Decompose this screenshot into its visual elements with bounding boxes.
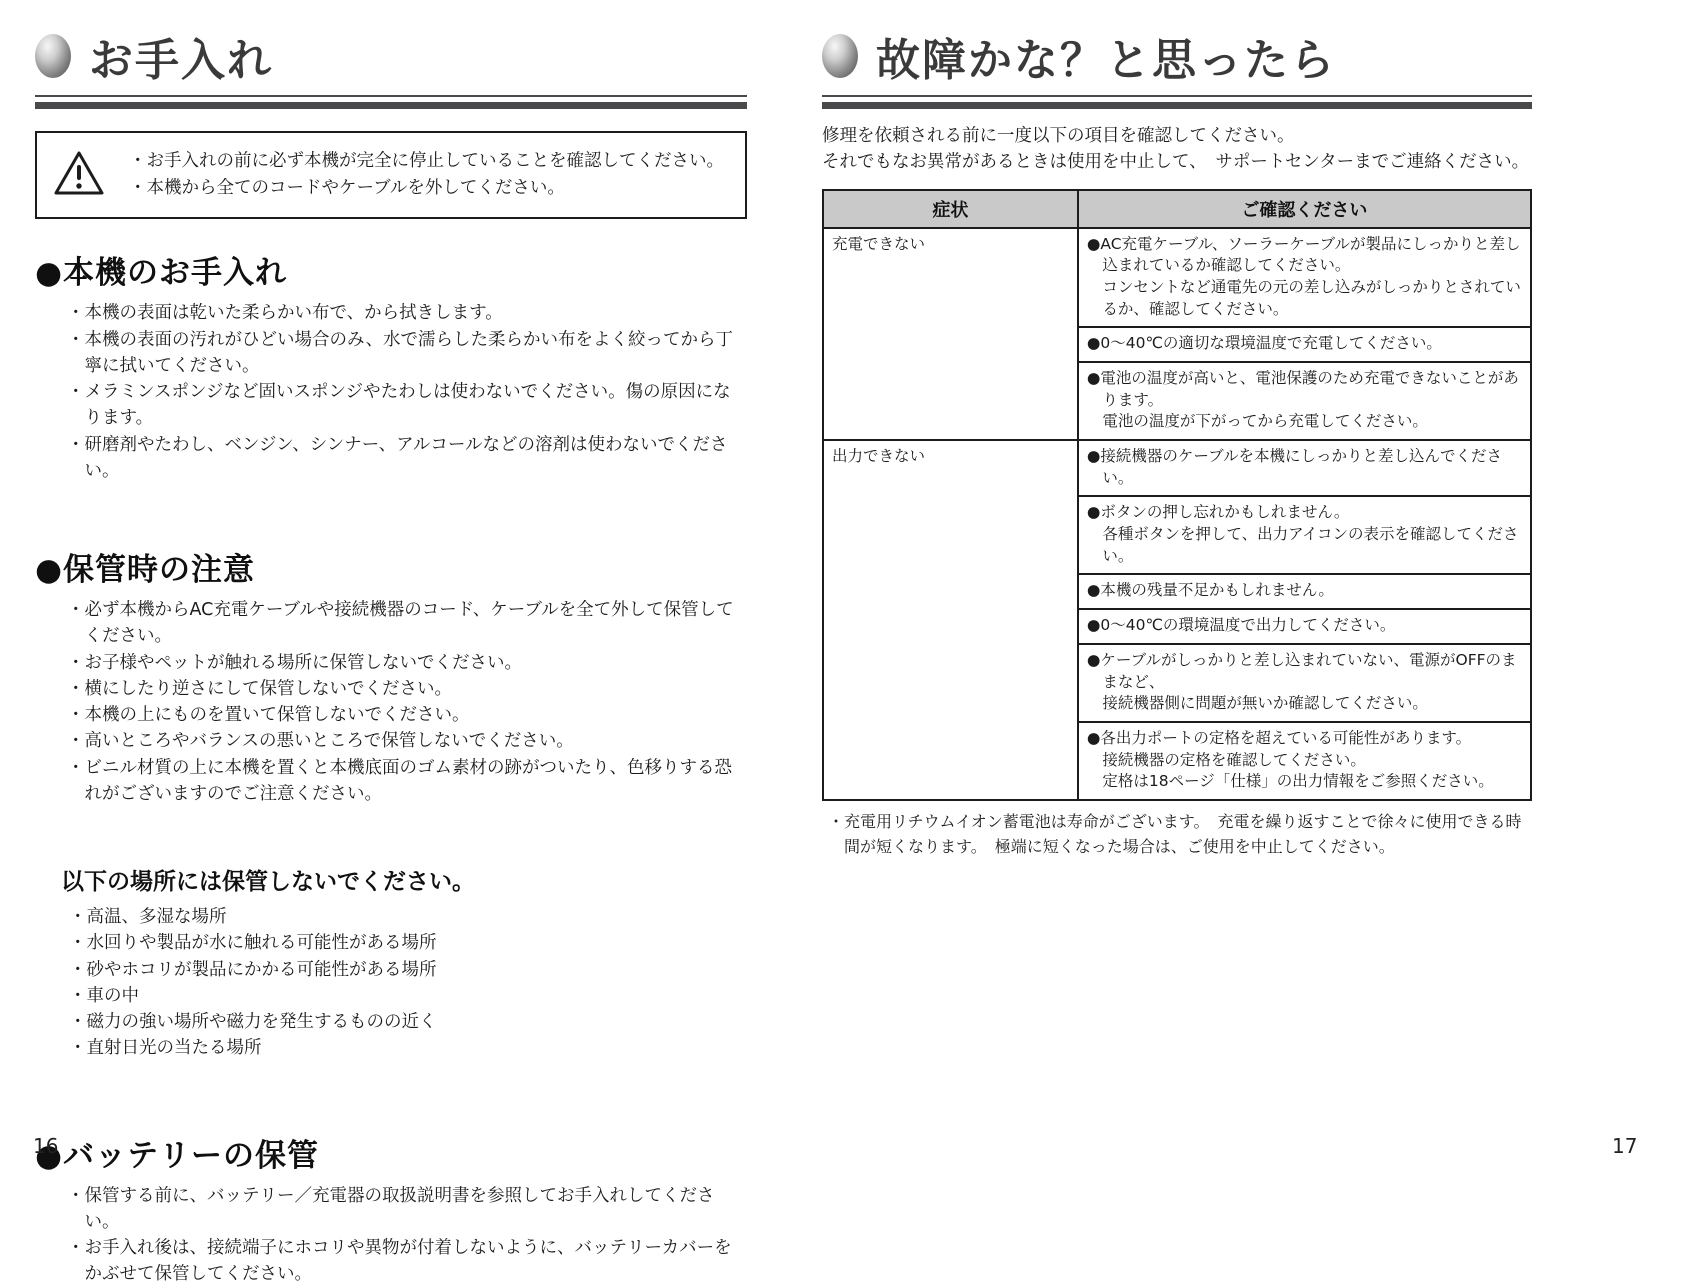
bullet-item: ・本機の上にものを置いて保管しないでください。 xyxy=(67,702,747,728)
title-divider xyxy=(35,95,747,109)
check-cell: ●接続機器のケーブルを本機にしっかりと差し込んでください。 xyxy=(1078,440,1531,496)
divider-thick-line xyxy=(822,102,1532,109)
troubleshooting-intro: 修理を依頼される前に一度以下の項目を確認してください。 それでもなお異常があると… xyxy=(822,123,1532,176)
bullet-item: ・お手入れ後は、接続端子にホコリや異物が付着しないように、バッテリーカバーをかぶ… xyxy=(67,1235,747,1288)
section-heading: ●バッテリーの保管 xyxy=(35,1130,747,1175)
check-text: ●ボタンの押し忘れかもしれません。 xyxy=(1087,502,1522,524)
check-cell: ●ボタンの押し忘れかもしれません。 各種ボタンを押して、出力アイコンの表示を確認… xyxy=(1078,496,1531,574)
bullet-item: ・水回りや製品が水に触れる可能性がある場所 xyxy=(69,930,747,956)
section-heading: ●本機のお手入れ xyxy=(35,247,747,292)
table-row: 出力できない ●接続機器のケーブルを本機にしっかりと差し込んでください。 xyxy=(823,440,1531,496)
section-battery-storage: ●バッテリーの保管 ・保管する前に、バッテリー／充電器の取扱説明書を参照してお手… xyxy=(35,1130,747,1288)
section-sphere-icon xyxy=(822,34,858,78)
divider-thin-line xyxy=(35,95,747,97)
check-cell: ●本機の残量不足かもしれません。 xyxy=(1078,574,1531,609)
warning-icon xyxy=(53,150,105,200)
bullet-item: ・本機の表面の汚れがひどい場合のみ、水で濡らした柔らかい布をよく絞ってから丁寧に… xyxy=(67,327,747,380)
bullet-item: ・ビニル材質の上に本機を置くと本機底面のゴム素材の跡がついたり、色移りする恐れが… xyxy=(67,755,747,808)
bullet-list: ・保管する前に、バッテリー／充電器の取扱説明書を参照してお手入れしてください。 … xyxy=(67,1183,747,1288)
section-storage-caution: ●保管時の注意 ・必ず本機からAC充電ケーブルや接続機器のコード、ケーブルを全て… xyxy=(35,544,747,807)
right-page-title-row: 故障かな？と思ったら xyxy=(822,24,1532,88)
footnote-text: ・充電用リチウムイオン蓄電池は寿命がございます。 充電を繰り返すことで徐々に使用… xyxy=(828,810,1532,860)
bullet-item: ・本機の表面は乾いた柔らかい布で、から拭きします。 xyxy=(67,300,747,326)
bullet-item: ・高いところやバランスの悪いところで保管しないでください。 xyxy=(67,728,747,754)
check-text: 各種ボタンを押して、出力アイコンの表示を確認してください。 xyxy=(1087,524,1522,567)
check-cell: ●AC充電ケーブル、ソーラーケーブルが製品にしっかりと差し込まれているか確認して… xyxy=(1078,228,1531,328)
bullet-item: ・車の中 xyxy=(69,983,747,1009)
page-number-left: 16 xyxy=(33,1134,58,1158)
table-row: 充電できない ●AC充電ケーブル、ソーラーケーブルが製品にしっかりと差し込まれて… xyxy=(823,228,1531,328)
bullet-list: ・本機の表面は乾いた柔らかい布で、から拭きします。 ・本機の表面の汚れがひどい場… xyxy=(67,300,747,484)
check-text: ●電池の温度が高いと、電池保護のため充電できないことがあります。 xyxy=(1087,368,1522,411)
bullet-item: ・お子様やペットが触れる場所に保管しないでください。 xyxy=(67,650,747,676)
symptom-cell-output: 出力できない xyxy=(823,440,1078,800)
warning-line: ・お手入れの前に必ず本機が完全に停止していることを確認してください。 xyxy=(129,148,724,175)
check-cell: ●各出力ポートの定格を超えている可能性があります。 接続機器の定格を確認してくだ… xyxy=(1078,722,1531,800)
battery-lifespan-footnote: ・充電用リチウムイオン蓄電池は寿命がございます。 充電を繰り返すことで徐々に使用… xyxy=(828,810,1532,860)
check-text: ●0〜40℃の適切な環境温度で充電してください。 xyxy=(1087,333,1522,355)
intro-line: それでもなお異常があるときは使用を中止して、 サポートセンターまでご連絡ください… xyxy=(822,149,1532,175)
page-number-right: 17 xyxy=(1612,1134,1637,1158)
bullet-list: ・必ず本機からAC充電ケーブルや接続機器のコード、ケーブルを全て外して保管してく… xyxy=(67,597,747,807)
check-cell: ●電池の温度が高いと、電池保護のため充電できないことがあります。 電池の温度が下… xyxy=(1078,362,1531,440)
check-text: ●接続機器のケーブルを本機にしっかりと差し込んでください。 xyxy=(1087,446,1522,489)
check-text: ●ケーブルがしっかりと差し込まれていない、電源がOFFのままなど、 xyxy=(1087,650,1522,693)
check-cell: ●0〜40℃の環境温度で出力してください。 xyxy=(1078,609,1531,644)
warning-text: ・お手入れの前に必ず本機が完全に停止していることを確認してください。 ・本機から… xyxy=(129,148,724,202)
column-header-check: ご確認ください xyxy=(1078,190,1531,228)
section-sphere-icon xyxy=(35,34,71,78)
divider-thick-line xyxy=(35,102,747,109)
left-page-title-row: お手入れ xyxy=(35,24,747,88)
bullet-item: ・砂やホコリが製品にかかる可能性がある場所 xyxy=(69,957,747,983)
bullet-item: ・横にしたり逆さにして保管しないでください。 xyxy=(67,676,747,702)
check-text: 接続機器側に問題が無いか確認してください。 xyxy=(1087,693,1522,715)
intro-line: 修理を依頼される前に一度以下の項目を確認してください。 xyxy=(822,123,1532,149)
troubleshooting-table: 症状 ご確認ください 充電できない ●AC充電ケーブル、ソーラーケーブルが製品に… xyxy=(822,189,1532,801)
warning-box: ・お手入れの前に必ず本機が完全に停止していることを確認してください。 ・本機から… xyxy=(35,131,747,219)
symptom-cell-charge: 充電できない xyxy=(823,228,1078,441)
sub-heading: 以下の場所には保管しないでください。 xyxy=(61,863,747,896)
bullet-item: ・保管する前に、バッテリー／充電器の取扱説明書を参照してお手入れしてください。 xyxy=(67,1183,747,1236)
bullet-list: ・高温、多湿な場所 ・水回りや製品が水に触れる可能性がある場所 ・砂やホコリが製… xyxy=(69,904,747,1062)
warning-line: ・本機から全てのコードやケーブルを外してください。 xyxy=(129,175,724,202)
check-text: ●本機の残量不足かもしれません。 xyxy=(1087,580,1522,602)
bullet-item: ・高温、多湿な場所 xyxy=(69,904,747,930)
title-divider xyxy=(822,95,1532,109)
bullet-item: ・直射日光の当たる場所 xyxy=(69,1035,747,1061)
check-text: 電池の温度が下がってから充電してください。 xyxy=(1087,411,1522,433)
divider-thin-line xyxy=(822,95,1532,97)
column-header-symptom: 症状 xyxy=(823,190,1078,228)
bullet-item: ・研磨剤やたわし、ベンジン、シンナー、アルコールなどの溶剤は使わないでください。 xyxy=(67,432,747,485)
check-text: コンセントなど通電先の元の差し込みがしっかりとされているか、確認してください。 xyxy=(1087,277,1522,320)
check-text: ●各出力ポートの定格を超えている可能性があります。 xyxy=(1087,728,1522,750)
bullet-item: ・必ず本機からAC充電ケーブルや接続機器のコード、ケーブルを全て外して保管してく… xyxy=(67,597,747,650)
check-cell: ●ケーブルがしっかりと差し込まれていない、電源がOFFのままなど、 接続機器側に… xyxy=(1078,644,1531,722)
left-page: お手入れ ・お手入れの前に必ず本機が完全に停止していることを確認してください。 … xyxy=(35,0,747,1288)
table-header-row: 症状 ご確認ください xyxy=(823,190,1531,228)
page-title: 故障かな？と思ったら xyxy=(876,24,1336,88)
bullet-item: ・磁力の強い場所や磁力を発生するものの近く xyxy=(69,1009,747,1035)
check-text: 接続機器の定格を確認してください。 xyxy=(1087,750,1522,772)
check-text: 定格は18ページ「仕様」の出力情報をご参照ください。 xyxy=(1087,771,1522,793)
check-text: ●AC充電ケーブル、ソーラーケーブルが製品にしっかりと差し込まれているか確認して… xyxy=(1087,234,1522,277)
check-cell: ●0〜40℃の適切な環境温度で充電してください。 xyxy=(1078,327,1531,362)
check-text: ●0〜40℃の環境温度で出力してください。 xyxy=(1087,615,1522,637)
bullet-item: ・メラミンスポンジなど固いスポンジやたわしは使わないでください。傷の原因になりま… xyxy=(67,379,747,432)
section-avoid-places: 以下の場所には保管しないでください。 ・高温、多湿な場所 ・水回りや製品が水に触… xyxy=(61,863,747,1062)
section-device-care: ●本機のお手入れ ・本機の表面は乾いた柔らかい布で、から拭きします。 ・本機の表… xyxy=(35,247,747,484)
right-page: 故障かな？と思ったら 修理を依頼される前に一度以下の項目を確認してください。 そ… xyxy=(822,0,1532,860)
page-title: お手入れ xyxy=(89,24,273,88)
section-heading: ●保管時の注意 xyxy=(35,544,747,589)
